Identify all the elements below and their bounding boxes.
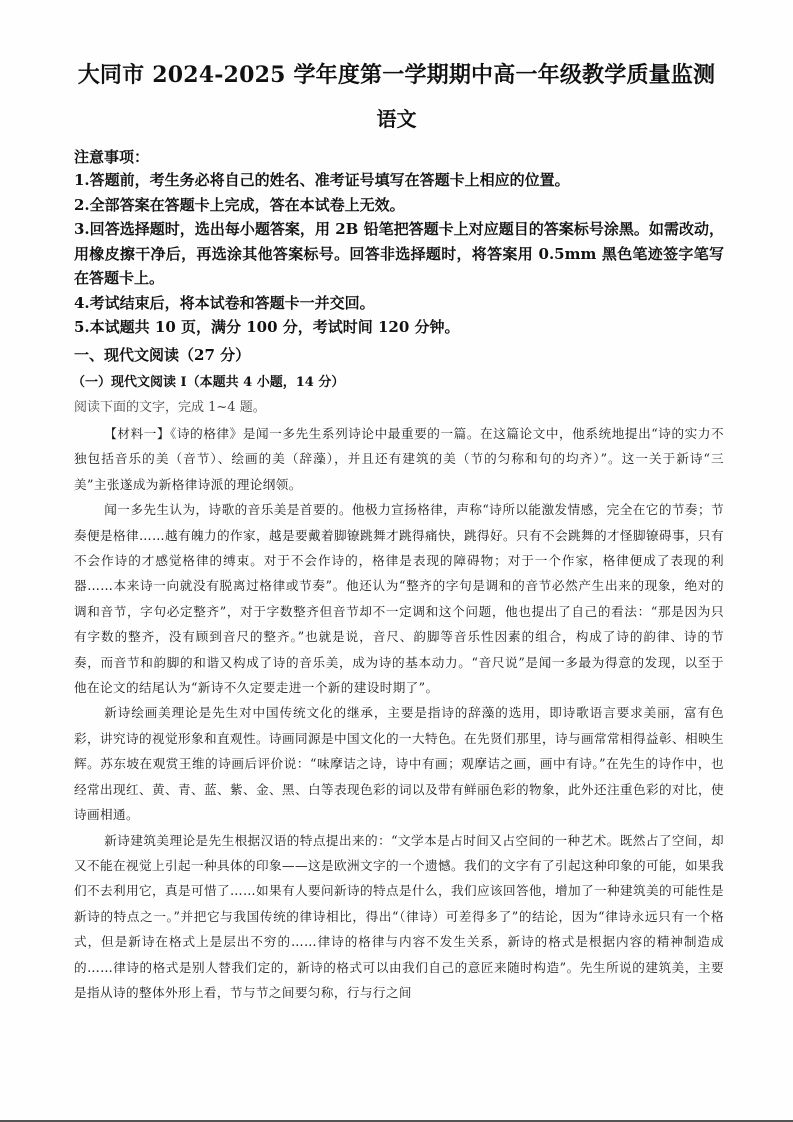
notice-item-5: 5.本试题共 10 页，满分 100 分，考试时间 120 分钟。 — [74, 315, 724, 340]
passage-paragraph-4: 新诗建筑美理论是先生根据汉语的特点提出来的：“文学本是占时间又占空间的一种艺术。… — [74, 828, 724, 1006]
notice-item-4: 4.考试结束后，将本试卷和答题卡一并交回。 — [74, 291, 724, 316]
notice-item-2: 2.全部答案在答题卡上完成，答在本试卷上无效。 — [74, 193, 724, 218]
reading-instruction: 阅读下面的文字，完成 1~4 题。 — [74, 396, 724, 415]
exam-title: 大同市 2024-2025 学年度第一学期期中高一年级教学质量监测 — [0, 58, 793, 89]
subsection-heading: （一）现代文阅读 I（本题共 4 小题，14 分） — [72, 371, 722, 390]
passage-paragraph-2: 闻一多先生认为，诗歌的音乐美是首要的。他极力宣扬格律，声称“诗所以能激发情感，完… — [74, 497, 724, 700]
notice-item-1: 1.答题前，考生务必将自己的姓名、准考证号填写在答题卡上相应的位置。 — [74, 168, 724, 193]
notice-heading: 注意事项： — [74, 146, 724, 167]
exam-page: 大同市 2024-2025 学年度第一学期期中高一年级教学质量监测 语文 注意事… — [0, 0, 793, 1120]
notice-list: 1.答题前，考生务必将自己的姓名、准考证号填写在答题卡上相应的位置。 2.全部答… — [74, 168, 724, 340]
subject-title: 语文 — [0, 103, 793, 132]
passage-paragraph-1: 【材料一】《诗的格律》是闻一多先生系列诗论中最重要的一篇。在这篇论文中，他系统地… — [74, 421, 724, 497]
passage-paragraph-3: 新诗绘画美理论是先生对中国传统文化的继承，主要是指诗的辞藻的选用，即诗歌语言要求… — [74, 700, 724, 827]
reading-passage: 【材料一】《诗的格律》是闻一多先生系列诗论中最重要的一篇。在这篇论文中，他系统地… — [74, 421, 724, 1005]
notice-item-3: 3.回答选择题时，选出每小题答案，用 2B 铅笔把答题卡上对应题目的答案标号涂黑… — [74, 217, 724, 291]
section-heading: 一、现代文阅读（27 分） — [74, 344, 724, 365]
